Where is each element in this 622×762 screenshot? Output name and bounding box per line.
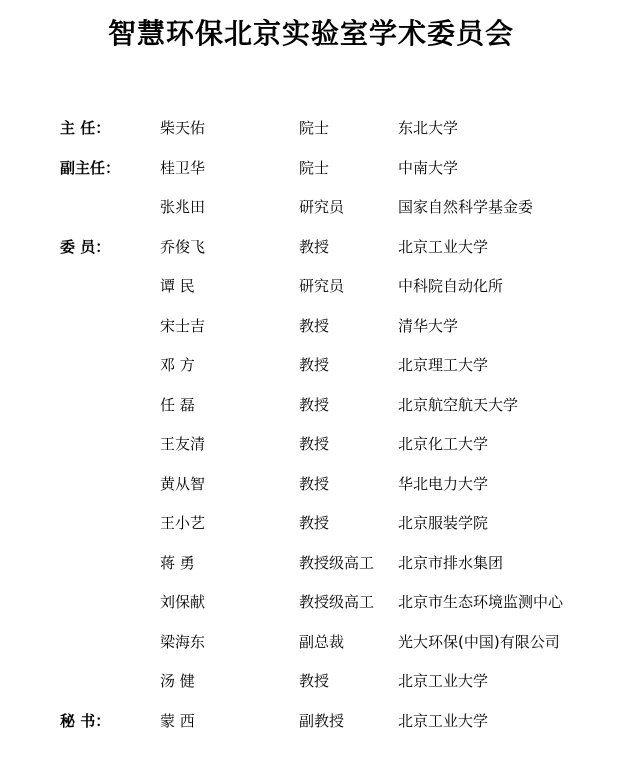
member-name: 蒙 西 [160, 709, 195, 733]
role-label: 秘 书： [60, 709, 110, 733]
member-organization: 清华大学 [398, 314, 458, 338]
roster-row: 任 磊 教授 北京航空航天大学 [0, 393, 622, 433]
roster-row: 刘保献 教授级高工 北京市生态环境监测中心 [0, 590, 622, 630]
member-organization: 北京工业大学 [398, 709, 488, 733]
member-title: 教授 [299, 511, 329, 535]
member-title: 教授级高工 [299, 551, 374, 575]
member-organization: 北京市生态环境监测中心 [398, 590, 563, 614]
member-name: 任 磊 [160, 393, 195, 417]
member-name: 刘保献 [160, 590, 205, 614]
member-organization: 国家自然科学基金委 [398, 195, 533, 219]
roster-row: 张兆田 研究员 国家自然科学基金委 [0, 195, 622, 235]
roster-row: 梁海东 副总裁 光大环保(中国)有限公司 [0, 630, 622, 670]
member-title: 教授 [299, 314, 329, 338]
roster-row: 蒋 勇 教授级高工 北京市排水集团 [0, 551, 622, 591]
role-label: 副主任： [60, 156, 120, 180]
committee-roster: 主 任： 柴天佑 院士 东北大学 副主任： 桂卫华 院士 中南大学 张兆田 研究… [0, 116, 622, 748]
member-name: 张兆田 [160, 195, 205, 219]
roster-row: 谭 民 研究员 中科院自动化所 [0, 274, 622, 314]
document-title: 智慧环保北京实验室学术委员会 [0, 14, 622, 54]
member-name: 邓 方 [160, 353, 195, 377]
member-organization: 北京工业大学 [398, 235, 488, 259]
roster-row: 副主任： 桂卫华 院士 中南大学 [0, 156, 622, 196]
member-name: 桂卫华 [160, 156, 205, 180]
roster-row: 宋士吉 教授 清华大学 [0, 314, 622, 354]
roster-row: 黄从智 教授 华北电力大学 [0, 472, 622, 512]
member-name: 黄从智 [160, 472, 205, 496]
member-title: 研究员 [299, 274, 344, 298]
member-title: 教授 [299, 432, 329, 456]
member-name: 王友清 [160, 432, 205, 456]
member-name: 柴天佑 [160, 116, 205, 140]
member-title: 教授 [299, 235, 329, 259]
roster-row: 委 员： 乔俊飞 教授 北京工业大学 [0, 235, 622, 275]
member-organization: 华北电力大学 [398, 472, 488, 496]
member-title: 院士 [299, 156, 329, 180]
member-name: 谭 民 [160, 274, 195, 298]
member-name: 乔俊飞 [160, 235, 205, 259]
member-title: 教授 [299, 669, 329, 693]
member-name: 梁海东 [160, 630, 205, 654]
roster-row: 秘 书： 蒙 西 副教授 北京工业大学 [0, 709, 622, 749]
member-title: 研究员 [299, 195, 344, 219]
member-name: 王小艺 [160, 511, 205, 535]
member-organization: 光大环保(中国)有限公司 [398, 630, 560, 654]
member-title: 院士 [299, 116, 329, 140]
member-title: 教授 [299, 393, 329, 417]
member-name: 宋士吉 [160, 314, 205, 338]
member-title: 教授 [299, 472, 329, 496]
member-organization: 北京理工大学 [398, 353, 488, 377]
member-organization: 北京化工大学 [398, 432, 488, 456]
member-organization: 北京工业大学 [398, 669, 488, 693]
member-organization: 北京市排水集团 [398, 551, 503, 575]
member-organization: 东北大学 [398, 116, 458, 140]
roster-row: 汤 健 教授 北京工业大学 [0, 669, 622, 709]
member-organization: 北京航空航天大学 [398, 393, 518, 417]
member-title: 教授 [299, 353, 329, 377]
roster-row: 王小艺 教授 北京服装学院 [0, 511, 622, 551]
member-organization: 中科院自动化所 [398, 274, 503, 298]
member-organization: 北京服装学院 [398, 511, 488, 535]
member-title: 教授级高工 [299, 590, 374, 614]
member-title: 副教授 [299, 709, 344, 733]
member-title: 副总裁 [299, 630, 344, 654]
member-name: 蒋 勇 [160, 551, 195, 575]
roster-row: 主 任： 柴天佑 院士 东北大学 [0, 116, 622, 156]
role-label: 委 员： [60, 235, 110, 259]
member-name: 汤 健 [160, 669, 195, 693]
member-organization: 中南大学 [398, 156, 458, 180]
roster-row: 王友清 教授 北京化工大学 [0, 432, 622, 472]
roster-row: 邓 方 教授 北京理工大学 [0, 353, 622, 393]
role-label: 主 任： [60, 116, 110, 140]
